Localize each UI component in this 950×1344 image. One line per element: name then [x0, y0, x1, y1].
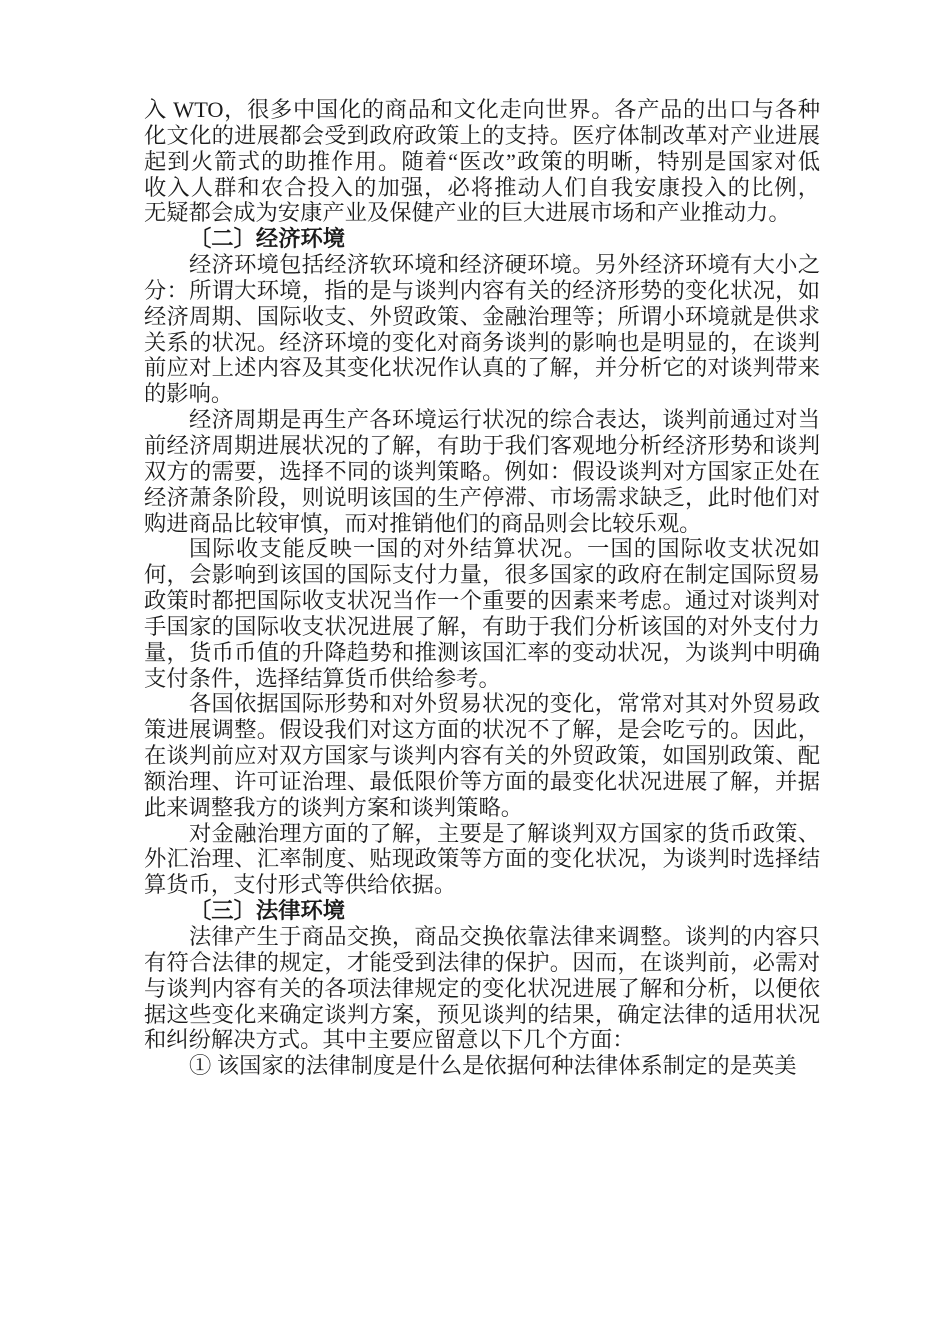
body-text-line: 此来调整我方的谈判方案和谈判策略。 — [144, 795, 820, 821]
section-heading-line: 〔二〕经济环境 — [144, 226, 820, 252]
body-text-line: 各国依据国际形势和对外贸易状况的变化，常常对其对外贸易政 — [144, 691, 820, 717]
body-text-line: 前经济周期进展状况的了解，有助于我们客观地分析经济形势和谈判 — [144, 433, 820, 459]
body-text-line: 有符合法律的规定，才能受到法律的保护。因而，在谈判前，必需对 — [144, 950, 820, 976]
section-heading-line: 〔三〕法律环境 — [144, 898, 820, 924]
body-text-line: 经济周期、国际收支、外贸政策、金融治理等；所谓小环境就是供求 — [144, 304, 820, 330]
body-text-line: 国际收支能反映一国的对外结算状况。一国的国际收支状况如 — [144, 536, 820, 562]
body-text-line: 在谈判前应对双方国家与谈判内容有关的外贸政策，如国别政策、配 — [144, 743, 820, 769]
document-page: 入 WTO，很多中国化的商品和文化走向世界。各产品的出口与各种文化文化的进展都会… — [0, 0, 950, 1344]
body-text-line: 入 WTO，很多中国化的商品和文化走向世界。各产品的出口与各种文 — [144, 97, 820, 123]
body-text-line: 支付条件，选择结算货币供给参考。 — [144, 666, 820, 692]
body-text-line: 购进商品比较审慎，而对推销他们的商品则会比较乐观。 — [144, 511, 820, 537]
body-text-line: 化文化的进展都会受到政府政策上的支持。医疗体制改革对产业进展 — [144, 123, 820, 149]
body-text-line: 分：所谓大环境，指的是与谈判内容有关的经济形势的变化状况，如 — [144, 278, 820, 304]
body-text-line: 与谈判内容有关的各项法律规定的变化状况进展了解和分析，以便依 — [144, 976, 820, 1002]
body-text-line: 的影响。 — [144, 381, 820, 407]
body-text-line: 政策时都把国际收支状况当作一个重要的因素来考虑。通过对谈判对 — [144, 588, 820, 614]
body-text-line: 额治理、许可证治理、最低限价等方面的最变化状况进展了解，并据 — [144, 769, 820, 795]
body-text-line: 无疑都会成为安康产业及保健产业的巨大进展市场和产业推动力。 — [144, 200, 820, 226]
body-text-line: 法律产生于商品交换，商品交换依靠法律来调整。谈判的内容只 — [144, 924, 820, 950]
text-column: 入 WTO，很多中国化的商品和文化走向世界。各产品的出口与各种文化文化的进展都会… — [144, 97, 820, 1079]
body-text-line: 算货币，支付形式等供给依据。 — [144, 872, 820, 898]
body-text-line: 策进展调整。假设我们对这方面的状况不了解，是会吃亏的。因此， — [144, 717, 820, 743]
body-text-line: 前应对上述内容及其变化状况作认真的了解，并分析它的对谈判带来 — [144, 355, 820, 381]
body-text-line: 收入人群和农合投入的加强，必将推动人们自我安康投入的比例， — [144, 175, 820, 201]
body-text-line: 外汇治理、汇率制度、贴现政策等方面的变化状况，为谈判时选择结 — [144, 846, 820, 872]
body-text-line: ① 该国家的法律制度是什么是依据何种法律体系制定的是英美 — [144, 1053, 820, 1079]
body-text-line: 和纠纷解决方式。其中主要应留意以下几个方面： — [144, 1027, 820, 1053]
body-text-line: 据这些变化来确定谈判方案，预见谈判的结果，确定法律的适用状况 — [144, 1002, 820, 1028]
body-text-line: 对金融治理方面的了解，主要是了解谈判双方国家的货币政策、 — [144, 821, 820, 847]
body-text-line: 起到火箭式的助推作用。随着“医改”政策的明晰，特别是国家对低 — [144, 149, 820, 175]
body-text-line: 手国家的国际收支状况进展了解，有助于我们分析该国的对外支付力 — [144, 614, 820, 640]
body-text-line: 经济环境包括经济软环境和经济硬环境。另外经济环境有大小之 — [144, 252, 820, 278]
body-text-line: 量，货币币值的升降趋势和推测该国汇率的变动状况，为谈判中明确 — [144, 640, 820, 666]
body-text-line: 经济萧条阶段，则说明该国的生产停滞、市场需求缺乏，此时他们对 — [144, 485, 820, 511]
body-text-line: 关系的状况。经济环境的变化对商务谈判的影响也是明显的，在谈判 — [144, 330, 820, 356]
body-text-line: 经济周期是再生产各环境运行状况的综合表达，谈判前通过对当 — [144, 407, 820, 433]
body-text-line: 双方的需要，选择不同的谈判策略。例如：假设谈判对方国家正处在 — [144, 459, 820, 485]
body-text-line: 何，会影响到该国的国际支付力量，很多国家的政府在制定国际贸易 — [144, 562, 820, 588]
